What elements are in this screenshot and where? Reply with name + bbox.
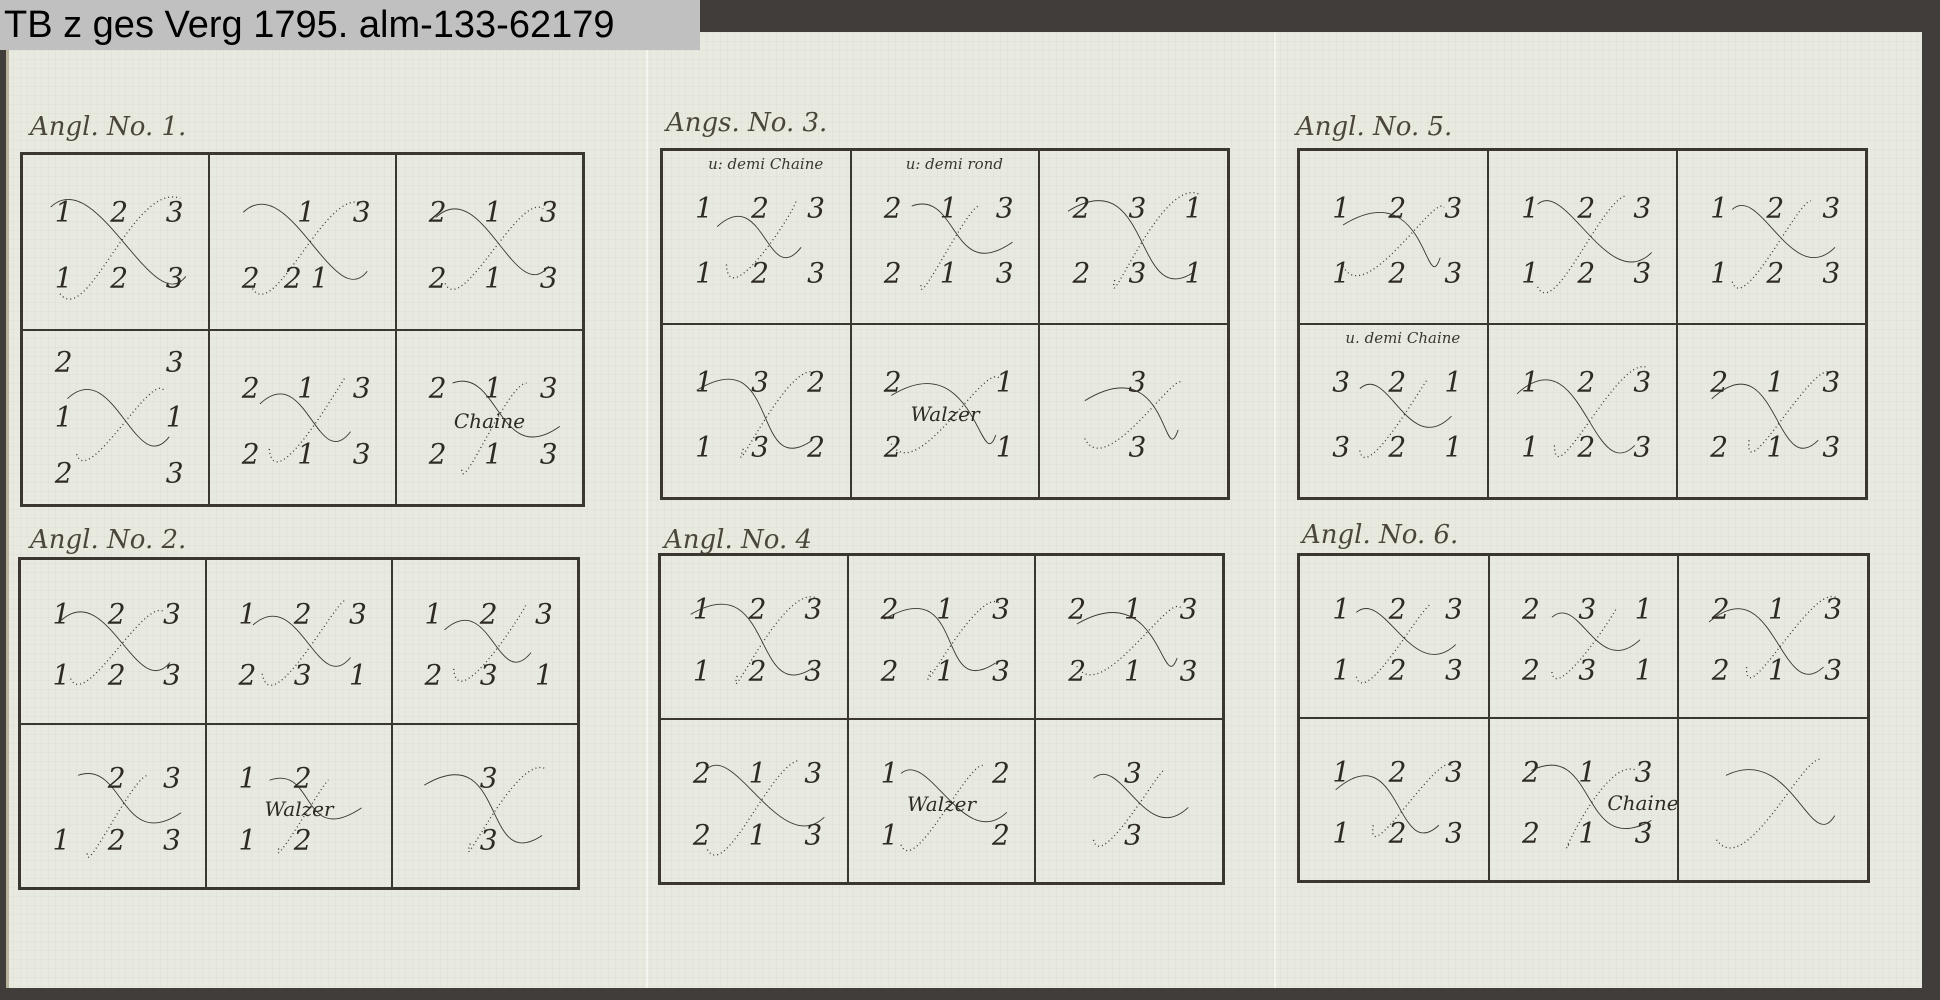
figure-cell: 213213 bbox=[1035, 555, 1223, 719]
figure-cell: 123123 bbox=[660, 555, 848, 719]
figure-cell: 132132 bbox=[662, 324, 851, 498]
dancer-number: 1 bbox=[996, 431, 1014, 464]
cell-caption: u. demi Chaine bbox=[1345, 329, 1460, 347]
dancer-number: 1 bbox=[695, 431, 713, 464]
dancer-number: 3 bbox=[992, 593, 1010, 626]
dancer-number: 1 bbox=[1124, 593, 1142, 626]
figure-cell: 123123 bbox=[1299, 555, 1489, 718]
dancer-number: 3 bbox=[480, 762, 498, 795]
dancer-number: 2 bbox=[110, 262, 128, 295]
dance-path-icon bbox=[849, 556, 1035, 718]
dancer-number: 3 bbox=[996, 257, 1014, 290]
dancer-number: 1 bbox=[695, 365, 713, 398]
dancer-number: 2 bbox=[693, 819, 711, 852]
dancer-number: 2 bbox=[992, 757, 1010, 790]
dancer-number: 1 bbox=[484, 371, 502, 404]
dancer-number: 2 bbox=[807, 431, 825, 464]
figure-cell: u: demi rond213213 bbox=[851, 150, 1040, 324]
figure-name: Walzer bbox=[264, 797, 333, 821]
dancer-number: 1 bbox=[1710, 191, 1728, 224]
dancer-number: 3 bbox=[163, 762, 181, 795]
dance-path-icon bbox=[1300, 151, 1487, 323]
dancer-number: 3 bbox=[1124, 757, 1142, 790]
figure-cell: 123123 bbox=[22, 154, 209, 330]
dancer-number: 2 bbox=[108, 659, 126, 692]
dancer-number: 1 bbox=[53, 823, 71, 856]
dancer-number: 2 bbox=[884, 257, 902, 290]
dancer-number: 2 bbox=[1712, 593, 1730, 626]
dancer-number: 1 bbox=[1332, 756, 1350, 789]
dancer-number: 2 bbox=[1712, 654, 1730, 687]
dancer-number: 1 bbox=[1578, 756, 1596, 789]
dancer-number: 3 bbox=[349, 597, 367, 630]
dancer-number: 3 bbox=[804, 593, 822, 626]
dancer-number: 1 bbox=[1635, 654, 1653, 687]
dancer-number: 1 bbox=[881, 819, 899, 852]
figure-cell: 123123 bbox=[1299, 150, 1488, 324]
dancer-number: 1 bbox=[55, 262, 73, 295]
dancer-number: 1 bbox=[749, 757, 767, 790]
archive-label: TB z ges Verg 1795. alm-133-62179 bbox=[0, 0, 700, 50]
dancer-number: 2 bbox=[480, 597, 498, 630]
dancer-number: 1 bbox=[749, 819, 767, 852]
figure-cell: 33 bbox=[1035, 719, 1223, 883]
dancer-number: 2 bbox=[294, 597, 312, 630]
dancer-number: 2 bbox=[884, 431, 902, 464]
dancer-number: 3 bbox=[1635, 817, 1653, 850]
figure-cell: 123231 bbox=[392, 559, 578, 724]
dancer-number: 1 bbox=[297, 371, 315, 404]
dancer-number: 1 bbox=[940, 191, 958, 224]
figure-cell: 123123 bbox=[1299, 718, 1489, 881]
figure-title: Angl. No. 2. bbox=[30, 525, 186, 555]
dance-path-icon bbox=[393, 725, 577, 888]
dancer-number: 2 bbox=[1072, 191, 1090, 224]
figure-cell: 23123 bbox=[20, 724, 206, 889]
dance-path-icon bbox=[210, 155, 395, 329]
dancer-number: 2 bbox=[749, 593, 767, 626]
dancer-number: 3 bbox=[1822, 365, 1840, 398]
dancer-number: 1 bbox=[1766, 431, 1784, 464]
figure-cell: 231231 bbox=[1489, 555, 1679, 718]
dance-path-icon bbox=[397, 155, 582, 329]
dancer-number: 2 bbox=[429, 371, 447, 404]
dance-path-icon bbox=[1300, 556, 1488, 717]
dancer-number: 1 bbox=[695, 191, 713, 224]
dancer-number: 3 bbox=[535, 597, 553, 630]
dance-path-icon bbox=[210, 331, 395, 505]
dancer-number: 1 bbox=[1332, 654, 1350, 687]
figure-title: Angl. No. 4 bbox=[664, 525, 812, 555]
dancer-number: 3 bbox=[1332, 431, 1350, 464]
dancer-number: 1 bbox=[695, 257, 713, 290]
dancer-number: 3 bbox=[1128, 257, 1146, 290]
dance-path-icon bbox=[21, 725, 205, 888]
dancer-number: 3 bbox=[1635, 756, 1653, 789]
dancer-number: 3 bbox=[1822, 257, 1840, 290]
dancer-number: 2 bbox=[1389, 593, 1407, 626]
fold-line bbox=[1274, 32, 1276, 988]
figure-cell: 213213 bbox=[1678, 555, 1868, 718]
dancer-number: 1 bbox=[940, 257, 958, 290]
dancer-number: 3 bbox=[1445, 593, 1463, 626]
dancer-number: 1 bbox=[1766, 365, 1784, 398]
figure-title: Angl. No. 1. bbox=[30, 112, 186, 142]
dancer-number: 3 bbox=[992, 655, 1010, 688]
dancer-number: 1 bbox=[996, 365, 1014, 398]
dancer-number: 2 bbox=[429, 262, 447, 295]
dancer-number: 2 bbox=[1388, 191, 1406, 224]
dancer-number: 1 bbox=[484, 196, 502, 229]
figure-cell: 123123 bbox=[1488, 324, 1677, 498]
dancer-number: 3 bbox=[751, 431, 769, 464]
figure-cell: 213213 bbox=[209, 330, 396, 506]
figure-cell: 1212Walzer bbox=[848, 719, 1036, 883]
dancer-number: 2 bbox=[108, 762, 126, 795]
figure-cell: 123231 bbox=[206, 559, 392, 724]
dance-path-icon bbox=[1489, 325, 1676, 497]
figure-title: Angs. No. 3. bbox=[666, 108, 827, 138]
dance-path-icon bbox=[663, 151, 850, 323]
dance-path-icon bbox=[1300, 719, 1488, 880]
dance-path-icon bbox=[1679, 719, 1867, 880]
dance-path-icon bbox=[1036, 556, 1222, 718]
dance-path-icon bbox=[1678, 325, 1865, 497]
dancer-number: 3 bbox=[294, 659, 312, 692]
dancer-number: 3 bbox=[1332, 365, 1350, 398]
dancer-number: 2 bbox=[1577, 431, 1595, 464]
figure-cell: 33 bbox=[392, 724, 578, 889]
dancer-number: 2 1 bbox=[284, 262, 329, 295]
dancer-number: 2 bbox=[1577, 365, 1595, 398]
dancer-number: 1 bbox=[1710, 257, 1728, 290]
dance-path-icon bbox=[21, 560, 205, 723]
dancer-number: 2 bbox=[884, 191, 902, 224]
figure-cell: 213213 bbox=[848, 555, 1036, 719]
dancer-number: 3 bbox=[1128, 365, 1146, 398]
dancer-number: 1 bbox=[1768, 654, 1786, 687]
dancer-number: 1 bbox=[1332, 191, 1350, 224]
dancer-number: 2 bbox=[884, 365, 902, 398]
dancer-number: 1 bbox=[1332, 817, 1350, 850]
figure-name: Chaine en Six bbox=[1607, 791, 1678, 815]
dancer-number: 1 bbox=[936, 593, 954, 626]
figure-name: Walzer bbox=[907, 792, 976, 816]
dancer-number: 1 bbox=[936, 655, 954, 688]
dancer-number: 1 bbox=[55, 401, 73, 434]
figure-cell: 213213 bbox=[1677, 324, 1866, 498]
dancer-number: 2 bbox=[881, 655, 899, 688]
dancer-number: 3 bbox=[353, 196, 371, 229]
dancer-number: 2 bbox=[55, 456, 73, 489]
dancer-number: 1 bbox=[484, 262, 502, 295]
dancer-number: 3 bbox=[807, 257, 825, 290]
dancer-number: 2 bbox=[55, 345, 73, 378]
dancer-number: 1 bbox=[1521, 431, 1539, 464]
dancer-number: 1 bbox=[1578, 817, 1596, 850]
dancer-number: 1 bbox=[1444, 365, 1462, 398]
dancer-number: 3 bbox=[1124, 819, 1142, 852]
dancer-number: 1 bbox=[239, 823, 257, 856]
dancer-number: 3 bbox=[166, 262, 184, 295]
dancer-number: 2 bbox=[992, 819, 1010, 852]
dancer-number: 3 bbox=[1633, 191, 1651, 224]
dancer-number: 2 bbox=[1710, 431, 1728, 464]
dancer-number: 2 bbox=[1766, 191, 1784, 224]
dancer-number: 3 bbox=[1445, 817, 1463, 850]
figure-cell: 231231 bbox=[1039, 150, 1228, 324]
dancer-number: 1 bbox=[1444, 431, 1462, 464]
dancer-number: 2 bbox=[1522, 654, 1540, 687]
dancer-number: 2 bbox=[1522, 756, 1540, 789]
figure-cell: 123123 bbox=[1677, 150, 1866, 324]
dance-path-icon bbox=[661, 556, 847, 718]
dancer-number: 2 bbox=[294, 823, 312, 856]
dancer-number: 1 bbox=[297, 196, 315, 229]
dancer-number: 3 bbox=[1633, 365, 1651, 398]
dancer-number: 3 bbox=[996, 191, 1014, 224]
dancer-number: 3 bbox=[1822, 431, 1840, 464]
figure-cell: 213213 bbox=[396, 154, 583, 330]
dancer-number: 2 bbox=[242, 371, 260, 404]
fold-line bbox=[646, 32, 648, 988]
dancer-number: 2 bbox=[1068, 593, 1086, 626]
dancer-number: 1 bbox=[239, 597, 257, 630]
dance-path-icon bbox=[23, 155, 208, 329]
dance-path-icon bbox=[1040, 325, 1227, 497]
figure-title: Angl. No. 6. bbox=[1302, 520, 1458, 550]
dancer-number: 1 bbox=[53, 597, 71, 630]
dance-path-icon bbox=[852, 151, 1039, 323]
dancer-number: 1 bbox=[1184, 191, 1202, 224]
dancer-number: 3 bbox=[1180, 593, 1198, 626]
dancer-number: 2 bbox=[1766, 257, 1784, 290]
dancer-number: 3 bbox=[1128, 191, 1146, 224]
dancer-number: 1 bbox=[1124, 655, 1142, 688]
dancer-number: 3 bbox=[540, 437, 558, 470]
dancer-number: 3 bbox=[540, 196, 558, 229]
figure-grid: 123123123123123123u. demi Chaine32132112… bbox=[1297, 148, 1868, 500]
dancer-number: 2 bbox=[1388, 365, 1406, 398]
dancer-number: 3 bbox=[1445, 654, 1463, 687]
dancer-number: 3 bbox=[1822, 191, 1840, 224]
dancer-number: 2 bbox=[429, 437, 447, 470]
dancer-number: 3 bbox=[1578, 593, 1596, 626]
dance-path-icon bbox=[207, 560, 391, 723]
dance-path-icon bbox=[1678, 151, 1865, 323]
dancer-number: 1 bbox=[693, 593, 711, 626]
dancer-number: 3 bbox=[480, 659, 498, 692]
dancer-number: 2 bbox=[751, 257, 769, 290]
dancer-number: 2 bbox=[1388, 257, 1406, 290]
dancer-number: 1 bbox=[535, 659, 553, 692]
dancer-number: 3 bbox=[353, 371, 371, 404]
dancer-number: 3 bbox=[166, 345, 184, 378]
figure-cell: 2121Walzer bbox=[851, 324, 1040, 498]
figure-cell: 123123 bbox=[20, 559, 206, 724]
dancer-number: 3 bbox=[1444, 257, 1462, 290]
dancer-number: 1 bbox=[1521, 257, 1539, 290]
figure-grid: 123123123231123231231231212Walzer33 bbox=[18, 557, 580, 890]
dancer-number: 3 bbox=[804, 819, 822, 852]
dancer-number: 3 bbox=[1824, 654, 1842, 687]
dancer-number: 2 bbox=[1388, 431, 1406, 464]
dancer-number: 2 bbox=[110, 196, 128, 229]
figure-cell: 33 bbox=[1039, 324, 1228, 498]
figure-cell: 213213Chaine bbox=[396, 330, 583, 506]
dancer-number: 3 bbox=[163, 659, 181, 692]
dance-path-icon bbox=[393, 560, 577, 723]
figure-title: Angl. No. 5. bbox=[1296, 112, 1452, 142]
figure-grid: 1231232132132132132132131212Walzer33 bbox=[658, 553, 1225, 885]
dancer-number: 1 bbox=[1521, 365, 1539, 398]
dancer-number: 3 bbox=[1824, 593, 1842, 626]
dance-path-icon bbox=[1679, 556, 1867, 717]
figure-cell: 1322 1 bbox=[209, 154, 396, 330]
dancer-number: 2 bbox=[1068, 655, 1086, 688]
dance-path-icon bbox=[1040, 151, 1227, 323]
figure-cell: 231123 bbox=[22, 330, 209, 506]
dancer-number: 2 bbox=[1577, 257, 1595, 290]
dancer-number: 3 bbox=[1445, 756, 1463, 789]
dancer-number: 2 bbox=[425, 659, 443, 692]
dancer-number: 2 bbox=[749, 655, 767, 688]
dancer-number: 2 bbox=[807, 365, 825, 398]
dancer-number: 1 bbox=[693, 655, 711, 688]
dancer-number: 2 bbox=[1522, 593, 1540, 626]
dance-path-icon bbox=[1490, 556, 1678, 717]
dancer-number: 3 bbox=[1633, 431, 1651, 464]
dancer-number: 3 bbox=[804, 757, 822, 790]
dancer-number: 3 bbox=[163, 597, 181, 630]
dancer-number: 3 bbox=[807, 191, 825, 224]
dancer-number: 2 bbox=[108, 597, 126, 630]
dancer-number: 3 bbox=[166, 456, 184, 489]
dancer-number: 2 bbox=[1522, 817, 1540, 850]
figure-cell: 213213Chaine en Six bbox=[1489, 718, 1679, 881]
dancer-number: 2 bbox=[294, 762, 312, 795]
dancer-number: 3 bbox=[1444, 191, 1462, 224]
dancer-number: 1 bbox=[484, 437, 502, 470]
dancer-number: 2 bbox=[1389, 817, 1407, 850]
dancer-number: 1 bbox=[425, 597, 443, 630]
dancer-number: 2 bbox=[108, 823, 126, 856]
dancer-number: 3 bbox=[353, 437, 371, 470]
cell-caption: u: demi Chaine bbox=[708, 155, 823, 173]
dancer-number: 3 bbox=[1633, 257, 1651, 290]
dancer-number: 2 bbox=[239, 659, 257, 692]
figure-cell: u. demi Chaine321321 bbox=[1299, 324, 1488, 498]
dancer-number: 1 bbox=[1635, 593, 1653, 626]
dancer-number: 2 bbox=[1389, 654, 1407, 687]
figure-grid: u: demi Chaine123123u: demi rond21321323… bbox=[660, 148, 1230, 500]
dancer-number: 3 bbox=[804, 655, 822, 688]
dancer-number: 3 bbox=[163, 823, 181, 856]
dance-path-icon bbox=[663, 325, 850, 497]
dance-path-icon bbox=[661, 720, 847, 882]
dancer-number: 3 bbox=[540, 262, 558, 295]
figure-cell: u: demi Chaine123123 bbox=[662, 150, 851, 324]
figure-cell bbox=[1678, 718, 1868, 881]
dancer-number: 3 bbox=[1180, 655, 1198, 688]
dancer-number: 1 bbox=[1332, 593, 1350, 626]
dancer-number: 3 bbox=[166, 196, 184, 229]
dancer-number: 1 bbox=[166, 401, 184, 434]
figure-cell: 213213 bbox=[660, 719, 848, 883]
dancer-number: 2 bbox=[1577, 191, 1595, 224]
figure-name: Chaine bbox=[454, 409, 525, 433]
dancer-number: 3 bbox=[751, 365, 769, 398]
dance-path-icon bbox=[1036, 720, 1222, 882]
dance-path-icon bbox=[1489, 151, 1676, 323]
dancer-number: 1 bbox=[349, 659, 367, 692]
figure-cell: 123123 bbox=[1488, 150, 1677, 324]
dancer-number: 1 bbox=[53, 659, 71, 692]
dancer-number: 2 bbox=[429, 196, 447, 229]
dancer-number: 1 bbox=[881, 757, 899, 790]
dancer-number: 1 bbox=[239, 762, 257, 795]
figure-grid: 123123231231213213123123213213Chaine en … bbox=[1297, 553, 1870, 883]
dancer-number: 2 bbox=[881, 593, 899, 626]
dancer-number: 2 bbox=[242, 437, 260, 470]
dancer-number: 1 bbox=[1332, 257, 1350, 290]
dancer-number: 1 bbox=[297, 437, 315, 470]
dancer-number: 3 bbox=[480, 823, 498, 856]
dancer-number: 1 bbox=[55, 196, 73, 229]
dancer-number: 3 bbox=[1128, 431, 1146, 464]
dancer-number: 1 bbox=[1768, 593, 1786, 626]
cell-caption: u: demi rond bbox=[906, 155, 1003, 173]
dancer-number: 2 bbox=[1389, 756, 1407, 789]
figure-name: Walzer bbox=[910, 402, 979, 426]
dancer-number: 1 bbox=[1521, 191, 1539, 224]
dancer-number: 2 bbox=[693, 757, 711, 790]
dance-path-icon bbox=[1300, 325, 1487, 497]
dancer-number: 3 bbox=[540, 371, 558, 404]
dancer-number: 1 bbox=[1184, 257, 1202, 290]
figure-grid: 1231231322 1213213231123213213213213Chai… bbox=[20, 152, 585, 507]
dancer-number: 2 bbox=[242, 262, 260, 295]
dancer-number: 2 bbox=[751, 191, 769, 224]
dancer-number: 2 bbox=[1710, 365, 1728, 398]
dancer-number: 3 bbox=[1578, 654, 1596, 687]
figure-cell: 1212Walzer bbox=[206, 724, 392, 889]
dancer-number: 2 bbox=[1072, 257, 1090, 290]
